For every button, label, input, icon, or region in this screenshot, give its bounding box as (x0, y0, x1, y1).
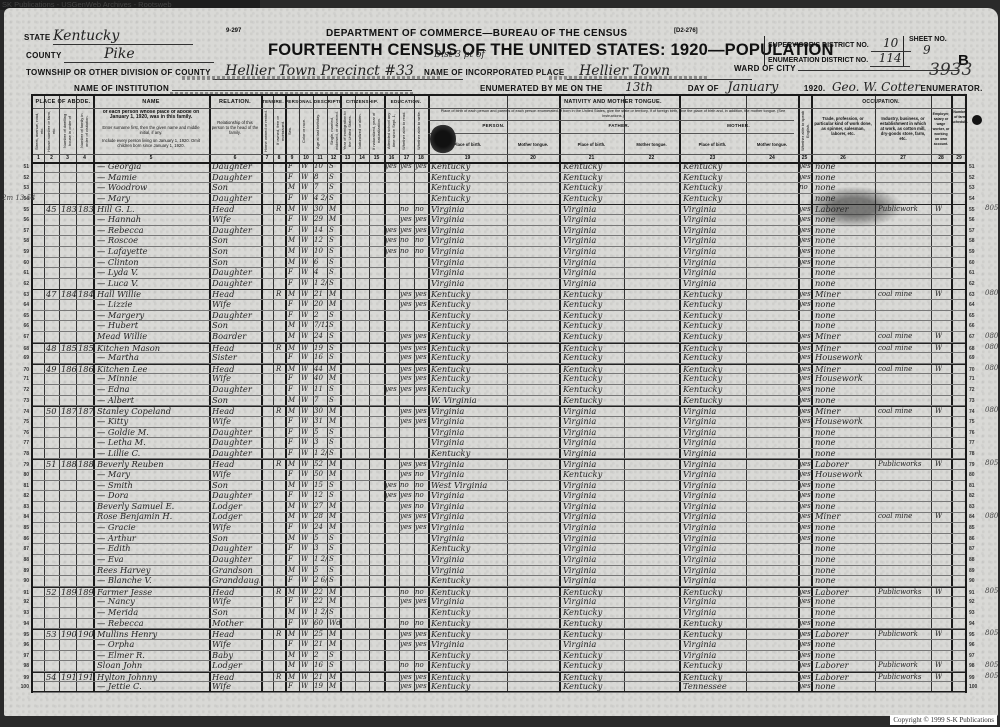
table-row: 73 — Albert Son M W 7 S W. Virginia Kent… (33, 396, 965, 407)
margin-note: 2m 13-54 (2, 194, 36, 202)
age: 27 (314, 501, 327, 512)
house-number: 47 (46, 289, 57, 300)
father-birthplace: Virginia (563, 596, 623, 607)
race: W (301, 607, 308, 618)
race: W (301, 522, 308, 533)
age: 6 (314, 257, 327, 268)
occupation: none (815, 650, 875, 661)
header-attended-school: Attended school any time since Sept. 1, … (386, 110, 397, 152)
sex: M (288, 650, 295, 661)
line-number-right: 100 (969, 684, 983, 690)
can-write: no (415, 618, 428, 629)
person-name: — Merida (97, 607, 207, 618)
mother-birthplace: Virginia (683, 639, 745, 650)
relation: Wife (212, 373, 260, 384)
industry: coal mine (878, 364, 930, 375)
marital-status: Wd (329, 618, 341, 629)
father-birthplace: Virginia (563, 480, 623, 491)
line-number-left: 62 (11, 281, 29, 287)
sex: F (288, 448, 293, 459)
relation: Wife (212, 681, 260, 692)
dwelling-number: 189 (61, 587, 77, 598)
father-birthplace: Virginia (563, 225, 623, 236)
line-number-right: 83 (969, 504, 983, 510)
mother-birthplace: Kentucky (683, 161, 745, 172)
industry: coal mine (878, 406, 930, 417)
occupation: none (815, 480, 875, 491)
house-number: 49 (46, 364, 57, 375)
race: W (301, 320, 308, 331)
line-number-left: 66 (11, 323, 29, 329)
attended-school: yes (385, 161, 399, 172)
tenure: R (276, 364, 281, 375)
birthplace: Kentucky (431, 352, 506, 363)
can-read: yes (400, 352, 414, 363)
person-name: — Kitty (97, 416, 207, 427)
race: W (301, 437, 308, 448)
marital-status: S (329, 427, 334, 438)
father-birthplace: Virginia (563, 278, 623, 289)
dwelling-number: 190 (61, 629, 77, 640)
sex: F (288, 575, 293, 586)
marital-status: S (329, 172, 334, 183)
race: W (301, 618, 308, 629)
birthplace: Virginia (431, 278, 506, 289)
line-number-right: 74 (969, 409, 983, 415)
age: 5 (314, 565, 327, 576)
supervisor-label: SUPERVISOR'S DISTRICT NO. (768, 42, 869, 49)
age: 3 (314, 437, 327, 448)
relation: Daughter (212, 225, 260, 236)
speaks-english: yes (799, 660, 811, 671)
birthplace: Virginia (431, 225, 506, 236)
industry: coal mine (878, 511, 930, 522)
house-number: 51 (46, 459, 57, 470)
line-number-right: 76 (969, 430, 983, 436)
age: 7/12 (314, 320, 327, 331)
line-number-left: 63 (11, 292, 29, 298)
sex: M (288, 182, 295, 193)
mother-birthplace: Kentucky (683, 193, 745, 204)
person-name: — Hubert (97, 320, 207, 331)
can-write: yes (415, 214, 428, 225)
race: W (301, 469, 308, 480)
speaks-english: yes (799, 331, 811, 342)
birthplace: Virginia (431, 533, 506, 544)
person-name: Rees Harvey (97, 565, 207, 576)
sex: F (288, 384, 293, 395)
relation: Daughter (212, 278, 260, 289)
marital-status: S (329, 607, 334, 618)
line-number-left: 55 (11, 207, 29, 213)
age: 19 (314, 681, 327, 692)
marital-status: S (329, 384, 334, 395)
column-number: 1 (33, 154, 44, 162)
sex: F (288, 373, 293, 384)
marital-status: M (329, 639, 336, 650)
age: 15 (314, 480, 327, 491)
can-write: yes (415, 681, 428, 692)
race: W (301, 395, 308, 406)
county-label: COUNTY (26, 51, 61, 60)
line-number-left: 91 (11, 590, 29, 596)
census-title: FOURTEENTH CENSUS OF THE UNITED STATES: … (268, 41, 834, 60)
line-number-right: 67 (969, 334, 983, 340)
employer-class: W (935, 660, 942, 671)
age: 50 (314, 469, 327, 480)
sex: M (288, 660, 295, 671)
relation: Daughter (212, 172, 260, 183)
relation: Son (212, 182, 260, 193)
mother-birthplace: Kentucky (683, 373, 745, 384)
house-number: 53 (46, 629, 57, 640)
attended-school: yes (385, 480, 399, 491)
header-speak-english: Whether able to speak English. (800, 110, 810, 152)
can-read: no (400, 660, 414, 671)
sex: F (288, 490, 293, 501)
enumeration-value: 114 (870, 51, 910, 67)
person-name: — Edna (97, 384, 207, 395)
age: 31 (314, 416, 327, 427)
line-number-right: 58 (969, 238, 983, 244)
race: W (301, 650, 308, 661)
margin-note: 080 (985, 289, 998, 297)
marital-status: S (329, 650, 334, 661)
header-naturalized: Naturalized or alien. (357, 110, 368, 152)
occupation: none (815, 565, 875, 576)
marital-status: S (329, 352, 334, 363)
person-name: — Jettie C. (97, 681, 207, 692)
person-name: — Lillie C. (97, 448, 207, 459)
occupation: none (815, 596, 875, 607)
mother-birthplace: Virginia (683, 596, 745, 607)
marital-status: S (329, 660, 334, 671)
line-number-left: 83 (11, 504, 29, 510)
header-street: Street, avenue, road, etc. (34, 110, 43, 152)
margin-note: 805 (985, 672, 998, 680)
occupation: none (815, 278, 875, 289)
mother-birthplace: Virginia (683, 469, 745, 480)
mother-birthplace: Kentucky (683, 618, 745, 629)
race: W (301, 246, 308, 257)
birthplace: West Virginia (431, 480, 506, 491)
sex: F (288, 352, 293, 363)
house-number: 52 (46, 587, 57, 598)
line-number-left: 82 (11, 493, 29, 499)
line-number-left: 90 (11, 578, 29, 584)
industry: Publicworks (878, 459, 930, 470)
sex: F (288, 469, 293, 480)
can-read: yes (400, 490, 414, 501)
employer-class: W (935, 364, 942, 375)
occupation: Miner (815, 331, 875, 342)
institution-label: NAME OF INSTITUTION (74, 84, 169, 93)
father-birthplace: Virginia (563, 533, 623, 544)
birthplace: Kentucky (431, 182, 506, 193)
relation: Wife (212, 522, 260, 533)
census-table: PLACE OF ABODE. NAME of each person whos… (31, 94, 967, 693)
birthplace: Virginia (431, 214, 506, 225)
line-number-left: 73 (11, 398, 29, 404)
marital-status: S (329, 543, 334, 554)
mother-birthplace: Kentucky (683, 660, 745, 671)
table-row: 67 Mead Willie Boarder M W 24 S yes yes … (33, 332, 965, 343)
line-number-left: 60 (11, 260, 29, 266)
can-read: yes (400, 225, 414, 236)
occupation: none (815, 607, 875, 618)
marital-status: S (329, 235, 334, 246)
father-birthplace: Virginia (563, 427, 623, 438)
race: W (301, 352, 308, 363)
relation: Son (212, 607, 260, 618)
birthplace: Kentucky (431, 607, 506, 618)
speaks-english: yes (799, 650, 811, 661)
industry: Publicworks (878, 587, 930, 598)
can-read: yes (400, 596, 414, 607)
age: 4 (314, 267, 327, 278)
age: 16 (314, 352, 327, 363)
dwelling-number: 191 (61, 672, 77, 683)
mother-birthplace: Kentucky (683, 331, 745, 342)
can-read: no (400, 480, 414, 491)
sex: F (288, 310, 293, 321)
line-number-right: 94 (969, 621, 983, 627)
birthplace: Virginia (431, 246, 506, 257)
birthplace: Kentucky (431, 660, 506, 671)
race: W (301, 501, 308, 512)
line-number-right: 81 (969, 483, 983, 489)
institution-value (172, 83, 412, 91)
father-birthplace: Kentucky (563, 373, 623, 384)
line-number-left: 57 (11, 228, 29, 234)
sex: F (288, 172, 293, 183)
header-mother-tongue: Mother tongue. (746, 142, 798, 147)
mother-birthplace: Kentucky (683, 299, 745, 310)
relation: Wife (212, 469, 260, 480)
birthplace: Kentucky (431, 193, 506, 204)
line-number-left: 69 (11, 355, 29, 361)
occupation: none (815, 681, 875, 692)
relation: Lodger (212, 501, 260, 512)
person-name: — Hannah (97, 214, 207, 225)
father-birthplace: Kentucky (563, 681, 623, 692)
race: W (301, 278, 308, 289)
age: 10 (314, 161, 327, 172)
sex: M (288, 565, 295, 576)
race: W (301, 161, 308, 172)
day-of-label: DAY OF (688, 84, 719, 93)
mother-birthplace: Virginia (683, 607, 745, 618)
house-number: 45 (46, 204, 57, 215)
can-read: yes (400, 639, 414, 650)
line-number-right: 80 (969, 472, 983, 478)
line-number-right: 99 (969, 675, 983, 681)
race: W (301, 235, 308, 246)
occupation: none (815, 533, 875, 544)
can-write: yes (415, 352, 428, 363)
margin-note: 805 (985, 204, 998, 212)
occupation: none (815, 618, 875, 629)
line-number-right: 88 (969, 557, 983, 563)
table-row: 90 — Blanche V. Granddaughter F W 2 6/12… (33, 576, 965, 587)
census-rows: 51 — Georgia Daughter F W 10 S yes yes y… (33, 162, 965, 691)
industry: coal mine (878, 331, 930, 342)
occupation: none (815, 575, 875, 586)
table-row: 62 — Luca V. Daughter F W 1 2/12 S Virgi… (33, 279, 965, 290)
father-birthplace: Kentucky (563, 607, 623, 618)
relation: Wife (212, 416, 260, 427)
father-birthplace: Virginia (563, 522, 623, 533)
industry: Publicwork (878, 629, 930, 640)
line-number-left: 81 (11, 483, 29, 489)
age: 22 (314, 596, 327, 607)
can-read: yes (400, 299, 414, 310)
line-number-left: 99 (11, 675, 29, 681)
person-name: — Rebecca (97, 618, 207, 629)
line-number-right: 62 (969, 281, 983, 287)
line-number-left: 85 (11, 525, 29, 531)
line-number-left: 97 (11, 653, 29, 659)
relation: Sister (212, 352, 260, 363)
family-number: 183 (78, 204, 94, 215)
employer-class: W (935, 331, 942, 342)
father-birthplace: Kentucky (563, 331, 623, 342)
sex: M (288, 607, 295, 618)
person-name: — Eva (97, 554, 207, 565)
line-number-right: 66 (969, 323, 983, 329)
tenure: R (276, 289, 281, 300)
occupation: none (815, 395, 875, 406)
marital-status: M (329, 501, 336, 512)
can-read: yes (400, 384, 414, 395)
speaks-english: yes (799, 299, 811, 310)
speaks-english: yes (799, 384, 811, 395)
race: W (301, 490, 308, 501)
sex: F (288, 278, 293, 289)
father-birthplace: Kentucky (563, 650, 623, 661)
mother-birthplace: Virginia (683, 267, 745, 278)
can-write: yes (415, 522, 428, 533)
line-number-left: 65 (11, 313, 29, 319)
line-number-left: 95 (11, 632, 29, 638)
race: W (301, 257, 308, 268)
birthplace: Kentucky (431, 172, 506, 183)
mother-birthplace: Virginia (683, 257, 745, 268)
age: 20 (314, 299, 327, 310)
line-number-right: 73 (969, 398, 983, 404)
census-sheet: STATE Kentucky COUNTY Pike 9-297 [D2-276… (4, 8, 998, 716)
line-number-right: 86 (969, 536, 983, 542)
sex: F (288, 522, 293, 533)
person-name: — Luca V. (97, 278, 207, 289)
marital-status: S (329, 448, 334, 459)
can-write: yes (415, 416, 428, 427)
race: W (301, 373, 308, 384)
occupation: none (815, 161, 875, 172)
marital-status: S (329, 320, 334, 331)
race: W (301, 331, 308, 342)
marital-status: S (329, 193, 334, 204)
father-birthplace: Kentucky (563, 172, 623, 183)
margin-note: 805 (985, 629, 998, 637)
occupation: Housework (815, 352, 875, 363)
industry: Publicworks (878, 672, 930, 683)
mother-birthplace: Kentucky (683, 352, 745, 363)
mother-birthplace: Virginia (683, 225, 745, 236)
father-birthplace: Virginia (563, 639, 623, 650)
father-birthplace: Virginia (563, 416, 623, 427)
person-name: Rose Benjamin H. (97, 511, 207, 522)
race: W (301, 533, 308, 544)
relation: Son (212, 320, 260, 331)
line-number-right: 89 (969, 568, 983, 574)
dwelling-number: 186 (61, 364, 77, 375)
race: W (301, 448, 308, 459)
line-number-right: 60 (969, 260, 983, 266)
line-number-left: 80 (11, 472, 29, 478)
line-number-left: 100 (11, 684, 29, 690)
dwelling-number: 185 (61, 343, 77, 354)
can-write: yes (415, 161, 428, 172)
header-tenure: TENURE. (261, 99, 285, 104)
occupation: none (815, 257, 875, 268)
line-number-right: 84 (969, 514, 983, 520)
line-number-right: 82 (969, 493, 983, 499)
attended-school: yes (385, 246, 399, 257)
line-number-right: 92 (969, 599, 983, 605)
margin-note: 805 (985, 587, 998, 595)
father-birthplace: Virginia (563, 554, 623, 565)
employer-class: W (935, 204, 942, 215)
mother-birthplace: Kentucky (683, 320, 745, 331)
employer-class: W (935, 289, 942, 300)
line-number-right: 78 (969, 451, 983, 457)
age: 16 (314, 660, 327, 671)
line-number-right: 55 (969, 207, 983, 213)
can-write: yes (415, 639, 428, 650)
column-number: 2 (44, 154, 59, 162)
race: W (301, 214, 308, 225)
age: 12 (314, 235, 327, 246)
age: 7 (314, 182, 327, 193)
father-birthplace: Virginia (563, 501, 623, 512)
department-title: DEPARTMENT OF COMMERCE—BUREAU OF THE CEN… (326, 28, 627, 39)
attended-school: yes (385, 384, 399, 395)
employer-class: W (935, 672, 942, 683)
column-number: 4 (76, 154, 93, 162)
sex: M (288, 235, 295, 246)
father-birthplace: Virginia (563, 511, 623, 522)
person-name: — Mamie (97, 172, 207, 183)
marital-status: M (329, 596, 336, 607)
line-number-left: 59 (11, 249, 29, 255)
line-number-right: 75 (969, 419, 983, 425)
state-value: Kentucky (53, 28, 193, 45)
birthplace: Virginia (431, 501, 506, 512)
sex: F (288, 681, 293, 692)
header-nativity: NATIVITY AND MOTHER TONGUE. (428, 99, 798, 105)
person-name: — Nancy (97, 596, 207, 607)
race: W (301, 310, 308, 321)
occupation: none (815, 299, 875, 310)
header-father-tongue: Mother tongue. (624, 142, 679, 147)
tenure: R (276, 459, 281, 470)
line-number-left: 52 (11, 175, 29, 181)
occupation: none (815, 543, 875, 554)
father-birthplace: Kentucky (563, 469, 623, 480)
speaks-english: yes (799, 490, 811, 501)
speaks-english: yes (799, 681, 811, 692)
